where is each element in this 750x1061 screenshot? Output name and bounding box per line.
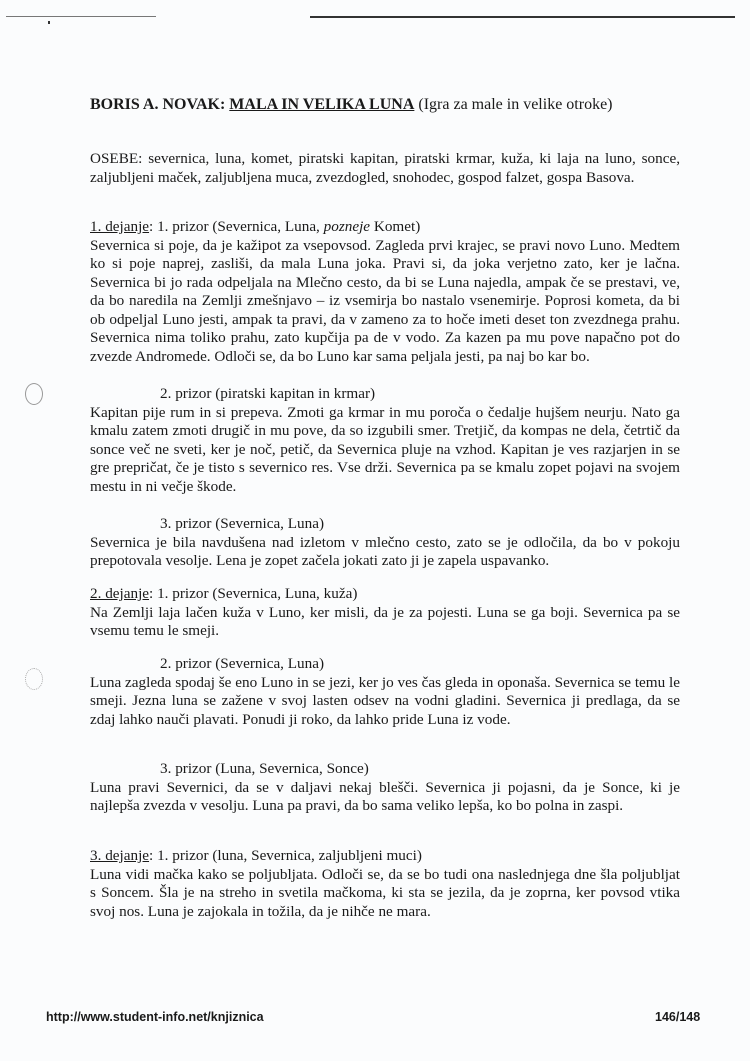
scene-text: Severnica si poje, da je kažipot za vsep…	[90, 237, 680, 367]
act-label: 2. dejanje	[90, 585, 149, 602]
scene-text: Na Zemlji laja lačen kuža v Luno, ker mi…	[90, 604, 680, 641]
act-label: 1. dejanje	[90, 218, 149, 235]
act-3-scene-1: 3. dejanje: 1. prizor (luna, Severnica, …	[90, 847, 680, 921]
punch-hole-faint-icon	[25, 668, 43, 690]
punch-hole-icon	[25, 383, 43, 405]
act-label: 3. dejanje	[90, 847, 149, 864]
scene-text: Kapitan pije rum in si prepeva. Zmoti ga…	[90, 404, 680, 497]
scene-heading: 3. prizor (Luna, Severnica, Sonce)	[90, 760, 680, 779]
scene-heading: 2. prizor (piratski kapitan in krmar)	[90, 385, 680, 404]
play-subtitle: (Igra za male in velike otroke)	[418, 96, 612, 113]
scan-rule-left	[6, 16, 156, 17]
act-1-scene-3: 3. prizor (Severnica, Luna) Severnica je…	[90, 515, 680, 571]
document-title: BORIS A. NOVAK: MALA IN VELIKA LUNA (Igr…	[90, 96, 613, 114]
act-2-scene-2: 2. prizor (Severnica, Luna) Luna zagleda…	[90, 655, 680, 729]
play-title: MALA IN VELIKA LUNA	[229, 96, 414, 113]
scene-text: Luna vidi mačka kako se poljubljata. Odl…	[90, 866, 680, 922]
footer-url[interactable]: http://www.student-info.net/knjiznica	[46, 1010, 264, 1024]
act-1-scene-1: 1. dejanje: 1. prizor (Severnica, Luna, …	[90, 218, 680, 366]
scene-heading: 1. dejanje: 1. prizor (Severnica, Luna, …	[90, 218, 680, 237]
act-2-scene-1: 2. dejanje: 1. prizor (Severnica, Luna, …	[90, 585, 680, 641]
act-2-scene-3: 3. prizor (Luna, Severnica, Sonce) Luna …	[90, 760, 680, 816]
scene-heading: 2. dejanje: 1. prizor (Severnica, Luna, …	[90, 585, 680, 604]
act-1-scene-2: 2. prizor (piratski kapitan in krmar) Ka…	[90, 385, 680, 496]
scene-heading: 3. prizor (Severnica, Luna)	[90, 515, 680, 534]
scene-text: Luna pravi Severnici, da se v daljavi ne…	[90, 779, 680, 816]
page-number: 146/148	[655, 1010, 700, 1024]
scene-heading: 2. prizor (Severnica, Luna)	[90, 655, 680, 674]
scene-text: Luna zagleda spodaj še eno Luno in se je…	[90, 674, 680, 730]
author: BORIS A. NOVAK:	[90, 96, 225, 113]
scan-rule-right	[310, 16, 735, 18]
scene-heading: 3. dejanje: 1. prizor (luna, Severnica, …	[90, 847, 680, 866]
scene-text: Severnica je bila navdušena nad izletom …	[90, 534, 680, 571]
scan-mark	[48, 21, 50, 24]
characters-paragraph: OSEBE: severnica, luna, komet, piratski …	[90, 150, 680, 187]
